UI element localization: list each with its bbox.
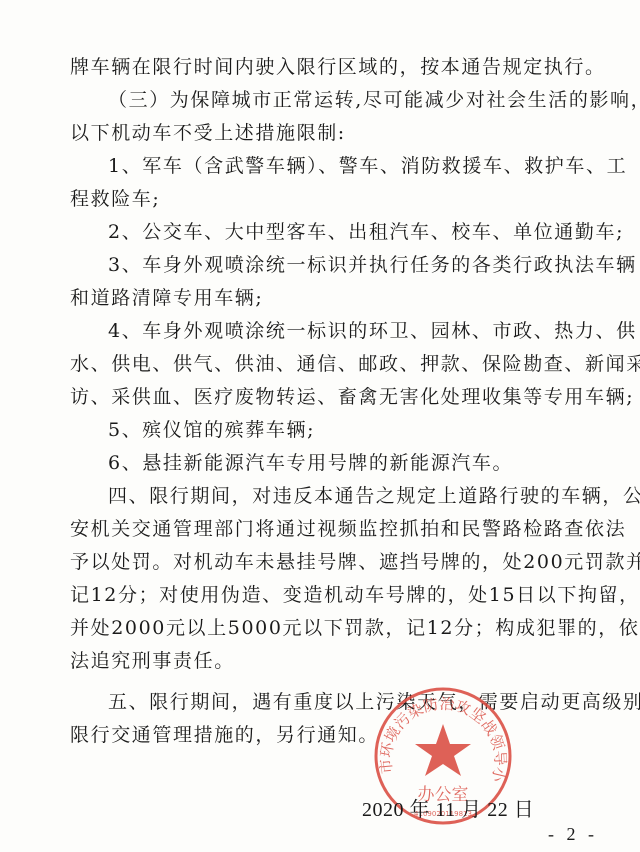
text-line: 以下机动车不受上述措施限制: bbox=[70, 121, 570, 145]
text-line: 记12分；对使用伪造、变造机动车号牌的，处15日以下拘留， bbox=[70, 583, 570, 607]
text-line: 3、车身外观喷涂统一标识并执行任务的各类行政执法车辆 bbox=[108, 253, 568, 277]
text-line: 访、采供血、医疗废物转运、畜禽无害化处理收集等专用车辆; bbox=[70, 385, 570, 409]
text-line: 安机关交通管理部门将通过视频监控抓拍和民警路检路查依法 bbox=[70, 517, 570, 541]
text-line: 和道路清障专用车辆; bbox=[70, 286, 570, 310]
text-line: （三）为保障城市正常运转,尽可能减少对社会生活的影响， bbox=[108, 88, 568, 112]
page-number: - 2 - bbox=[548, 824, 598, 845]
text-line: 5、殡仪馆的殡葬车辆; bbox=[108, 418, 568, 442]
document-date: 2020 年 11 月 22 日 bbox=[362, 793, 534, 822]
text-line: 并处2000元以上5000元以下罚款，记12分；构成犯罪的，依 bbox=[70, 616, 570, 640]
text-line: 法追究刑事责任。 bbox=[70, 649, 570, 673]
text-line: 1、军车（含武警车辆）、警车、消防救援车、救护车、工 bbox=[108, 154, 568, 178]
text-line: 程救险车; bbox=[70, 187, 570, 211]
text-line: 2、公交车、大中型客车、出租汽车、校车、单位通勤车; bbox=[108, 220, 568, 244]
text-line: 牌车辆在限行时间内驶入限行区域的，按本通告规定执行。 bbox=[70, 55, 570, 79]
text-line: 予以处罚。对机动车未悬挂号牌、遮挡号牌的，处200元罚款并 bbox=[70, 550, 570, 574]
text-line: 6、悬挂新能源汽车专用号牌的新能源汽车。 bbox=[108, 451, 568, 475]
text-line: 四、限行期间，对违反本通告之规定上道路行驶的车辆，公 bbox=[108, 484, 568, 508]
text-line: 4、车身外观喷涂统一标识的环卫、园林、市政、热力、供 bbox=[108, 319, 568, 343]
text-line: 水、供电、供气、供油、通信、邮政、押款、保险勘查、新闻采 bbox=[70, 352, 570, 376]
